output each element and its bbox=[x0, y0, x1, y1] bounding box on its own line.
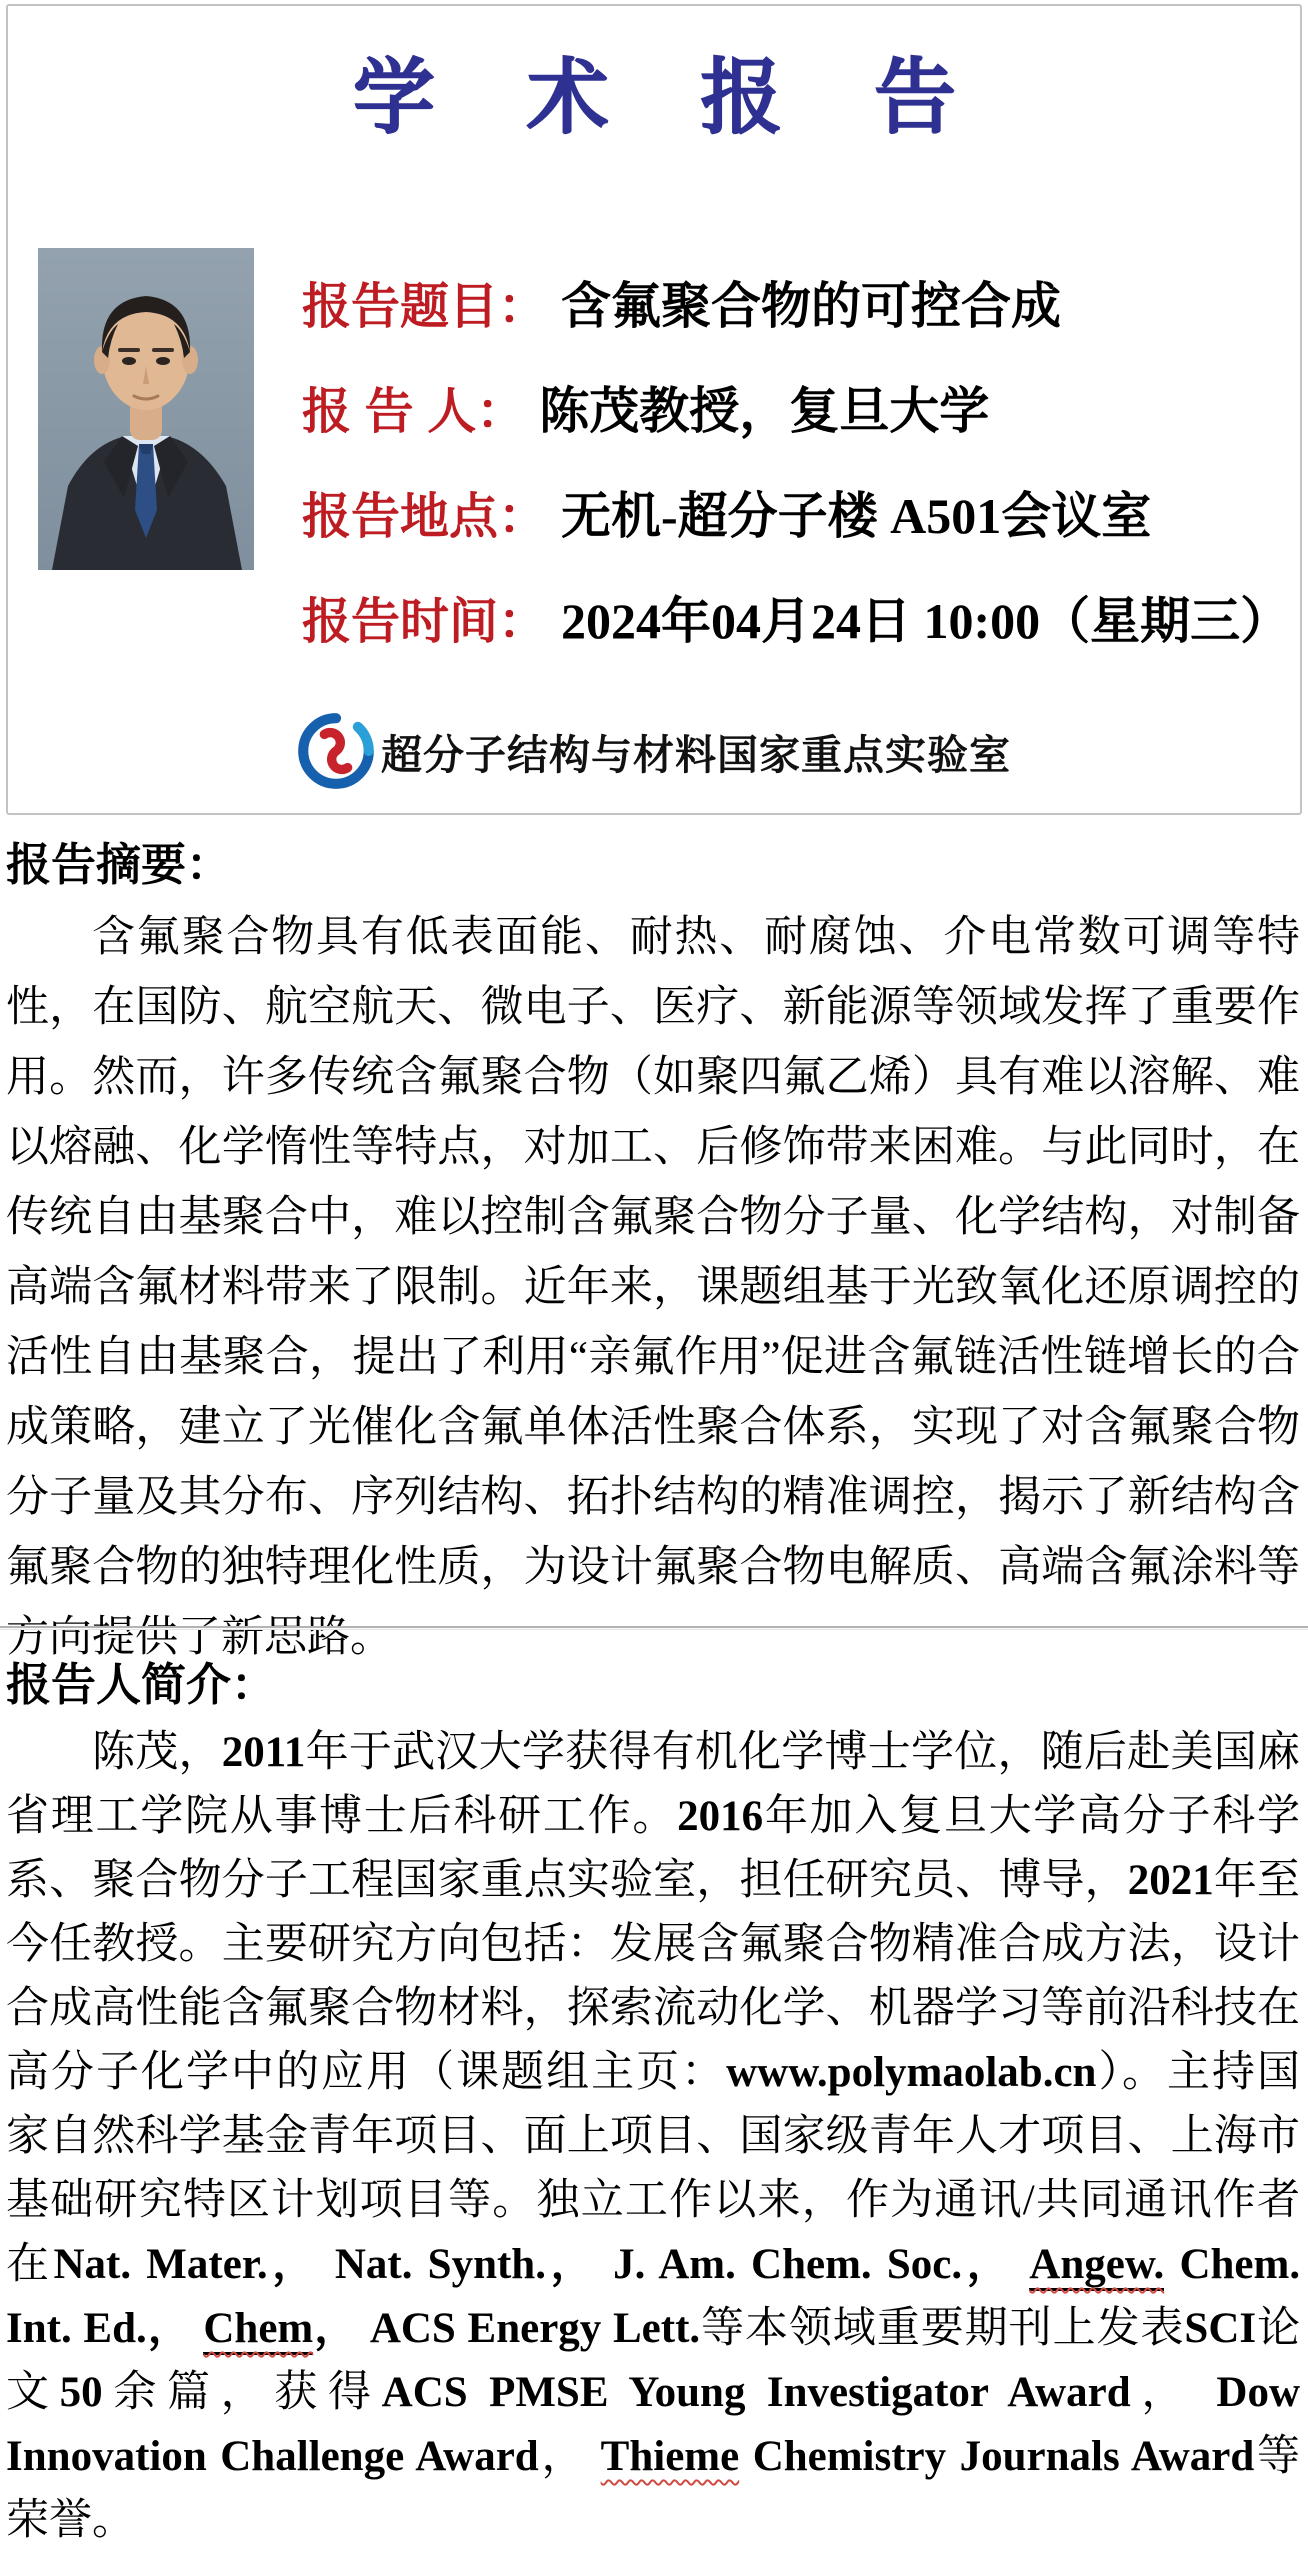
bio-emphasis-text: J. Am. Chem. Soc. bbox=[613, 2241, 962, 2288]
bio-text bbox=[192, 2305, 204, 2352]
bio-text: 陈茂， bbox=[92, 1729, 222, 1776]
bio-emphasis-text: ， bbox=[147, 2305, 192, 2352]
info-row-title: 报告题目： 含氟聚合物的可控合成 bbox=[302, 266, 1290, 338]
info-label-speaker: 报 告 人： bbox=[302, 373, 525, 443]
info-label-title: 报告题目： bbox=[302, 268, 547, 338]
bio-emphasis-text: SCI bbox=[1184, 2305, 1256, 2352]
bio-text bbox=[1195, 2369, 1216, 2416]
bio-emphasis-text: Nat. Mater. bbox=[53, 2241, 267, 2288]
bio-heading: 报告人简介： bbox=[6, 1648, 1300, 1713]
speaker-portrait-illustration bbox=[38, 248, 254, 570]
bio-paragraph: 陈茂，2011年于武汉大学获得有机化学博士学位，随后赴美国麻省理工学院从事博士后… bbox=[6, 1721, 1300, 2553]
info-row-time: 报告时间： 2024年04月24日 10:00（星期三） bbox=[302, 581, 1290, 653]
abstract-paragraph: 含氟聚合物具有低表面能、耐热、耐腐蚀、介电常数可调等特性，在国防、航空航天、微电… bbox=[6, 903, 1300, 1673]
bio-emphasis-text: Nat. Synth. bbox=[335, 2241, 546, 2288]
bio-text bbox=[587, 2433, 600, 2480]
page-title: 学 术 报 告 bbox=[8, 32, 1300, 149]
bio-emphasis-text: ， bbox=[268, 2241, 320, 2288]
info-value-title: 含氟聚合物的可控合成 bbox=[561, 266, 1061, 338]
info-value-speaker: 陈茂教授，复旦大学 bbox=[539, 371, 989, 443]
abstract-section: 报告摘要： 含氟聚合物具有低表面能、耐热、耐腐蚀、介电常数可调等特性，在国防、航… bbox=[6, 828, 1300, 1673]
lab-banner: 超分子结构与材料国家重点实验室 bbox=[8, 712, 1300, 790]
section-divider bbox=[0, 1626, 1308, 1630]
bio-emphasis-text: ACS Energy Lett. bbox=[370, 2305, 700, 2352]
bio-emphasis-text: Thieme bbox=[601, 2433, 740, 2480]
info-value-location: 无机-超分子楼 A501会议室 bbox=[561, 476, 1151, 548]
bio-text: ， bbox=[1131, 2369, 1195, 2416]
bio-text: 余篇，获得 bbox=[103, 2369, 382, 2416]
info-row-location: 报告地点： 无机-超分子楼 A501会议室 bbox=[302, 476, 1290, 548]
bio-emphasis-text: 2011 bbox=[222, 1729, 306, 1776]
bio-text: 等本领域重要期刊上发表 bbox=[700, 2305, 1184, 2352]
announcement-page: 学 术 报 告 bbox=[0, 0, 1308, 2564]
bio-text bbox=[358, 2305, 370, 2352]
info-value-time: 2024年04月24日 10:00（星期三） bbox=[561, 581, 1290, 653]
info-row-speaker: 报 告 人： 陈茂教授，复旦大学 bbox=[302, 371, 1290, 443]
bio-emphasis-text: ， bbox=[546, 2241, 598, 2288]
bio-text bbox=[598, 2241, 613, 2288]
lab-homepage-url: www.polymaolab.cn bbox=[726, 2049, 1096, 2096]
header-section: 学 术 报 告 bbox=[6, 4, 1302, 815]
bio-emphasis-text: Chem bbox=[203, 2305, 313, 2355]
bio-text bbox=[1014, 2241, 1029, 2288]
bio-text bbox=[320, 2241, 335, 2288]
bio-emphasis-text: 2021 bbox=[1128, 1857, 1214, 1904]
bio-text: ， bbox=[539, 2433, 587, 2480]
abstract-heading: 报告摘要： bbox=[6, 828, 1300, 893]
bio-emphasis-text: 2016 bbox=[677, 1793, 763, 1840]
bio-section: 报告人简介： 陈茂，2011年于武汉大学获得有机化学博士学位，随后赴美国麻省理工… bbox=[6, 1648, 1300, 2553]
info-label-location: 报告地点： bbox=[302, 478, 547, 548]
lab-logo-icon bbox=[297, 712, 375, 790]
bio-emphasis-text: ， bbox=[313, 2305, 358, 2352]
bio-emphasis-text: Angew. bbox=[1029, 2241, 1164, 2291]
bio-emphasis-text: Chemistry Journals Award bbox=[739, 2433, 1254, 2480]
lab-name: 超分子结构与材料国家重点实验室 bbox=[381, 722, 1011, 781]
bio-emphasis-text: 50 bbox=[60, 2369, 103, 2416]
speaker-photo bbox=[38, 248, 254, 570]
info-label-time: 报告时间： bbox=[302, 583, 547, 653]
seminar-info-area: 报告题目： 含氟聚合物的可控合成 报 告 人： 陈茂教授，复旦大学 报告地点： … bbox=[38, 248, 1290, 653]
bio-emphasis-text: ACS PMSE Young Investigator Award bbox=[382, 2369, 1131, 2416]
seminar-info-rows: 报告题目： 含氟聚合物的可控合成 报 告 人： 陈茂教授，复旦大学 报告地点： … bbox=[302, 266, 1290, 653]
bio-emphasis-text: ， bbox=[962, 2241, 1014, 2288]
